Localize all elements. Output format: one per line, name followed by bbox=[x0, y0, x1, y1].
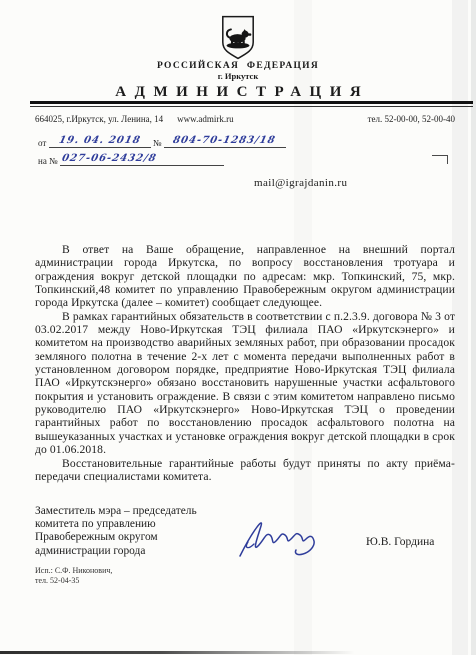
outgoing-number-handwritten: 804-70-1283/18 bbox=[172, 135, 277, 146]
reply-label: на № bbox=[38, 156, 58, 166]
body-paragraph: В рамках гарантийных обязательств в соот… bbox=[35, 310, 455, 457]
letter-body: В ответ на Ваше обращение, направленное … bbox=[35, 243, 455, 483]
executor-phone: тел. 52-04-35 bbox=[35, 576, 112, 586]
executor-block: Исп.: С.Ф. Никонович, тел. 52-04-35 bbox=[35, 566, 112, 585]
website: www.admirk.ru bbox=[177, 114, 233, 124]
phones: тел. 52-00-00, 52-00-40 bbox=[368, 114, 455, 124]
recipient-email: mail@igrajdanin.ru bbox=[254, 177, 347, 189]
letterhead-organization: АДМИНИСТРАЦИЯ bbox=[0, 84, 476, 101]
incoming-reference-line: на № 027-06-2432/8 bbox=[38, 153, 224, 166]
signer-name: Ю.В. Гордина bbox=[366, 536, 434, 548]
scan-artifact bbox=[0, 651, 355, 654]
irkutsk-coat-of-arms-icon bbox=[219, 15, 257, 60]
letter-document: РОССИЙСКАЯ ФЕДЕРАЦИЯ г. Иркутск АДМИНИСТ… bbox=[0, 0, 476, 655]
letterhead-rule-thick bbox=[30, 101, 473, 104]
postal-address: 664025, г.Иркутск, ул. Ленина, 14 bbox=[35, 114, 163, 124]
outgoing-reference-line: от 19. 04. 2018 № 804-70-1283/18 bbox=[38, 135, 286, 148]
outgoing-date-handwritten: 19. 04. 2018 bbox=[58, 135, 142, 146]
signer-position-line: Заместитель мэра – председатель bbox=[35, 505, 197, 518]
outgoing-number-field: 804-70-1283/18 bbox=[164, 135, 286, 148]
outgoing-date-field: 19. 04. 2018 bbox=[49, 135, 151, 148]
addressee-corner-mark bbox=[432, 155, 448, 164]
handwritten-signature bbox=[230, 510, 338, 566]
signer-position-line: Правобережным округом bbox=[35, 531, 197, 544]
body-paragraph: В ответ на Ваше обращение, направленное … bbox=[35, 243, 455, 310]
number-label: № bbox=[153, 138, 162, 148]
contact-row: 664025, г.Иркутск, ул. Ленина, 14www.adm… bbox=[35, 114, 455, 124]
body-paragraph: Восстановительные гарантийные работы буд… bbox=[35, 457, 455, 484]
postal-address-line: 664025, г.Иркутск, ул. Ленина, 14www.adm… bbox=[35, 114, 248, 124]
signer-position-line: администрации города bbox=[35, 545, 197, 558]
signer-position-line: комитета по управлению bbox=[35, 518, 197, 531]
signer-position: Заместитель мэра – председатель комитета… bbox=[35, 505, 197, 558]
incoming-number-handwritten: 027-06-2432/8 bbox=[61, 153, 158, 164]
from-label: от bbox=[38, 138, 46, 148]
executor-name: Исп.: С.Ф. Никонович, bbox=[35, 566, 112, 576]
incoming-number-field: 027-06-2432/8 bbox=[60, 153, 224, 166]
letterhead-city: г. Иркутск bbox=[0, 71, 476, 81]
letterhead-country: РОССИЙСКАЯ ФЕДЕРАЦИЯ bbox=[0, 61, 476, 71]
letterhead-rule-thin bbox=[30, 106, 473, 107]
